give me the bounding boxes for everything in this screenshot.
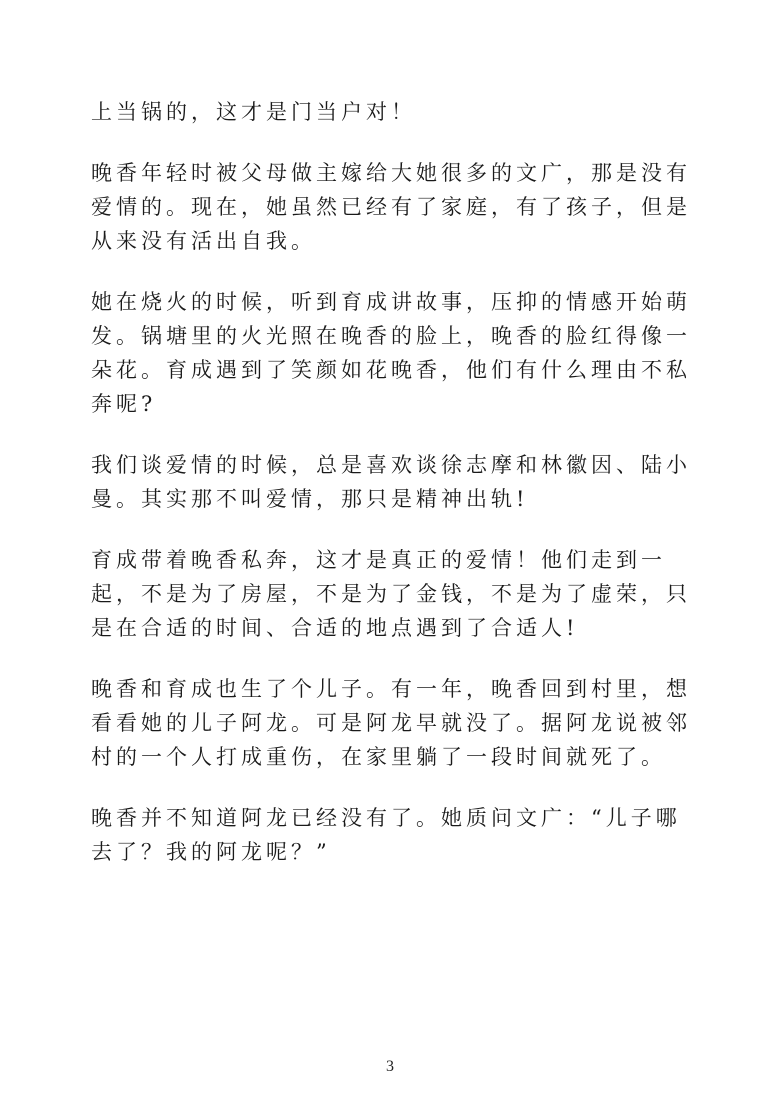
page-number: 3 <box>0 1058 780 1076</box>
paragraph-2: 晚香年轻时被父母做主嫁给大她很多的文广，那是没有爱情的。现在，她虽然已经有了家庭… <box>91 156 695 258</box>
paragraph-6: 晚香和育成也生了个儿子。有一年，晚香回到村里，想看看她的儿子阿龙。可是阿龙早就没… <box>91 672 695 774</box>
paragraph-5: 育成带着晚香私奔，这才是真正的爱情！他们走到一起，不是为了房屋，不是为了金钱，不… <box>91 543 695 645</box>
paragraph-4: 我们谈爱情的时候，总是喜欢谈徐志摩和林徽因、陆小曼。其实那不叫爱情，那只是精神出… <box>91 448 695 516</box>
document-page: 上当锅的，这才是门当户对！ 晚香年轻时被父母做主嫁给大她很多的文广，那是没有爱情… <box>0 0 780 1113</box>
document-body: 上当锅的，这才是门当户对！ 晚香年轻时被父母做主嫁给大她很多的文广，那是没有爱情… <box>91 95 695 896</box>
paragraph-1: 上当锅的，这才是门当户对！ <box>91 95 695 129</box>
paragraph-7: 晚香并不知道阿龙已经没有了。她质问文广：“儿子哪去了？我的阿龙呢？” <box>91 801 695 869</box>
paragraph-3: 她在烧火的时候，听到育成讲故事，压抑的情感开始萌发。锅塘里的火光照在晚香的脸上，… <box>91 285 695 421</box>
